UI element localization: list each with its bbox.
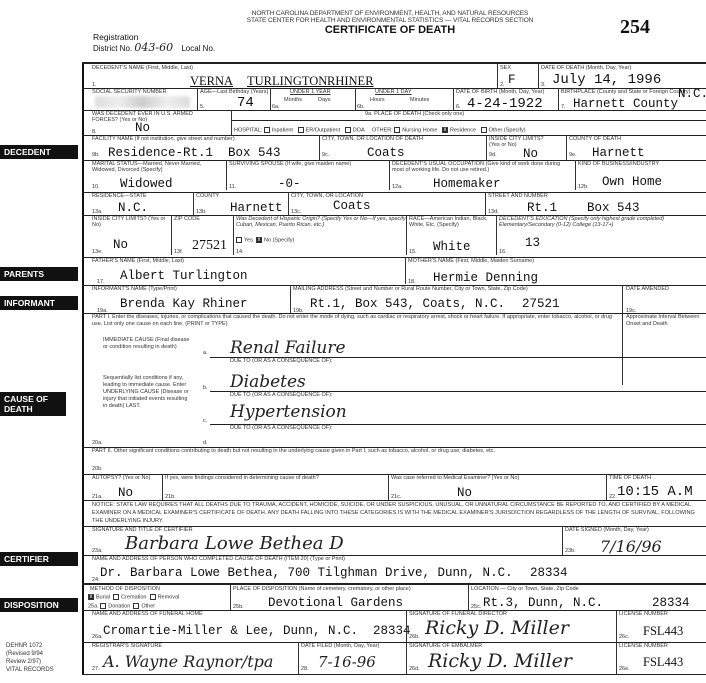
residence-state-label: RESIDENCE—STATE [92, 193, 147, 199]
residence-checkbox-checked[interactable]: x [442, 127, 448, 133]
certifier-signature: Barbara Lowe Bethea D [125, 533, 344, 554]
date-signed-value: 7/16/96 [600, 537, 662, 556]
education-value: 13 [525, 236, 540, 250]
divider [497, 64, 498, 88]
hispanic-origin-label: Was Decedent of Hispanic Origin? (Specif… [236, 216, 406, 228]
residence-state-value: N.C. [118, 201, 148, 215]
method-label: METHOD OF DISPOSITION [90, 586, 160, 592]
form-review: Review 2/97) [6, 658, 54, 666]
license-value: FSL443 [643, 624, 683, 639]
divider [290, 285, 291, 313]
residence-county-value: Harnett [230, 201, 283, 215]
doa-label: DOA [353, 127, 365, 133]
hospital-label: HOSPITAL: [234, 127, 262, 133]
findings-label: If yes, were findings considered in dete… [165, 475, 319, 481]
item-number: 20a. [92, 440, 103, 446]
hispanic-no-checkbox-checked[interactable]: x [256, 237, 262, 243]
section-parents: PARENTS [0, 267, 78, 281]
item-number: 9c. [322, 152, 329, 158]
hispanic-yes-label: Yes [244, 237, 253, 243]
item-number: 9b. [92, 152, 100, 158]
zip-value: 27521 [192, 238, 227, 254]
divider [82, 674, 706, 675]
date-of-death: July 14, 1996 [552, 72, 661, 88]
date-filed-label: DATE FILED (Month, Day, Year) [301, 643, 379, 649]
local-label: Local No. [181, 44, 215, 53]
residence-city-value: Coats [333, 199, 371, 213]
divider [453, 88, 454, 110]
section-informant: INFORMANT [0, 296, 78, 310]
part2-label: PART II. Other significant conditions co… [92, 448, 495, 455]
cause-c-underlying: Hypertension [230, 402, 347, 422]
item-number: 20b. [92, 466, 103, 472]
er-label: ER/Outpatient [306, 127, 341, 133]
divider [82, 642, 706, 643]
disposition-place-label: PLACE OF DISPOSITION (Name of cemetery, … [233, 586, 463, 592]
part1-instructions: PART I. Enter the diseases, injuries, or… [92, 314, 620, 328]
registrar-signature: A. Wayne Raynor/tpa [103, 652, 273, 671]
time-of-death-value: 10:15 A.M [617, 484, 693, 500]
inpatient-checkbox[interactable] [264, 127, 270, 133]
divider [298, 642, 299, 674]
marital-status-label: MARITAL STATUS—Married, Never Married, W… [92, 161, 222, 173]
zip-label: ZIP CODE [174, 216, 200, 222]
registrar-label: REGISTRAR'S SIGNATURE [92, 643, 162, 649]
divider [82, 192, 706, 193]
armed-forces-value: No [135, 121, 150, 135]
informant-name-label: INFORMANT'S NAME (Type/Print) [92, 286, 177, 292]
hispanic-options: Yes xNo (Specify) [236, 237, 294, 243]
facility-label: FACILITY NAME (If not institution, give … [92, 136, 235, 142]
divider [82, 583, 706, 585]
cause-line-letter: c. [203, 418, 207, 424]
other-specify-label: Other (Specify) [489, 127, 526, 133]
spouse-value: -0- [278, 177, 301, 191]
divider [197, 88, 198, 110]
cause-a-immediate: Renal Failure [230, 338, 346, 358]
disposition-location-value: Rt.3, Dunn, N.C. [483, 596, 603, 610]
divider [231, 110, 232, 135]
divider [538, 64, 539, 88]
medical-examiner-notice: NOTICE: STATE LAW REQUIRES THAT ALL DEAT… [92, 501, 704, 525]
item-number: 12a. [392, 184, 403, 190]
item-number: 23b. [565, 548, 576, 554]
divider [162, 474, 163, 500]
dob-label: DATE OF BIRTH (Month, Day, Year) [456, 89, 544, 95]
father-label: FATHER'S NAME (First, Middle, Last) [92, 258, 184, 264]
business-value: Own Home [602, 175, 662, 189]
section-cause-of-death: CAUSE OF DEATH [0, 392, 66, 416]
nursing-home-checkbox[interactable] [394, 127, 400, 133]
agency-line-2: STATE CENTER FOR HEALTH AND ENVIRONMENTA… [230, 17, 550, 24]
agency-line-1: NORTH CAROLINA DEPARTMENT OF ENVIRONMENT… [230, 10, 550, 17]
item-number: 13f. [174, 249, 183, 255]
donation-checkbox[interactable] [100, 603, 106, 609]
item-number: 27. [92, 666, 100, 672]
completed-by-zip: 28334 [530, 566, 568, 580]
other-label: OTHER: [372, 127, 393, 133]
er-outpatient-checkbox[interactable] [298, 127, 304, 133]
inside-city-value: No [523, 147, 538, 161]
district-row: District No. 043-60 Local No. [93, 41, 215, 54]
disposition-location-label: LOCATION — City or Town, State, Zip Code [471, 586, 579, 592]
form-footer: DEHNR 1072 (Revised 9/94 Review 2/97) VI… [6, 642, 54, 674]
decedent-first-name: VERNA [190, 74, 233, 89]
doa-checkbox[interactable] [345, 127, 351, 133]
completed-by-label: NAME AND ADDRESS OF PERSON WHO COMPLETED… [92, 556, 345, 562]
divider [388, 474, 389, 500]
city-of-death-label: CITY, TOWN, OR LOCATION OF DEATH [322, 136, 423, 142]
spouse-label: SURVIVING SPOUSE (If wife, give maiden n… [229, 161, 351, 167]
under-1-day-label: UNDER 1 DAY [375, 89, 412, 95]
divider [171, 215, 172, 255]
divider [486, 135, 487, 160]
informant-address-label: MAILING ADDRESS (Street and Number or Ru… [293, 286, 528, 292]
cause-line-letter: b. [203, 385, 208, 391]
license2-value: FSL443 [643, 655, 683, 670]
date-signed-label: DATE SIGNED (Month, Day, Year) [565, 527, 649, 533]
immediate-cause-label: IMMEDIATE CAUSE (Final disease or condit… [103, 337, 193, 351]
occupation-label: DECEDENT'S USUAL OCCUPATION (Give kind o… [392, 161, 572, 173]
donation-label: Donation [108, 603, 130, 609]
item-number: 28. [301, 666, 309, 672]
disposition-location-zip: 28334 [652, 596, 690, 610]
informant-name: Brenda Kay Rhiner [120, 297, 248, 311]
occupation-value: Homemaker [433, 177, 501, 191]
divider [468, 585, 469, 610]
race-label: RACE—American Indian, Black, White, Etc.… [409, 216, 494, 228]
divider [406, 215, 407, 255]
sex-label: SEX [500, 65, 511, 71]
cause-line-letter: a. [203, 350, 208, 356]
cremation-checkbox[interactable] [113, 594, 119, 600]
hours-label: Hours [370, 97, 385, 103]
divider [230, 585, 231, 610]
dod-label: DATE OF DEATH (Month, Day, Year) [541, 65, 631, 71]
certificate-number: 254 [620, 16, 650, 39]
sequential-conditions-label: Sequentially list conditions if any, lea… [103, 375, 193, 410]
divider [575, 160, 576, 190]
autopsy-value: No [118, 486, 133, 500]
removal-checkbox[interactable] [150, 594, 156, 600]
cremation-label: Cremation [121, 594, 146, 600]
license2-label: LICENSE NUMBER [619, 643, 668, 649]
cause-b: Diabetes [230, 372, 306, 392]
divider [226, 160, 227, 190]
form-dept: VITAL RECORDS [6, 666, 54, 674]
date-filed-value: 7-16-96 [318, 653, 376, 671]
mother-name: Hermie Denning [433, 271, 538, 285]
residence-label: Residence [450, 127, 476, 133]
other-specify-checkbox[interactable] [481, 127, 487, 133]
nursing-home-label: Nursing Home [402, 127, 437, 133]
hispanic-yes-checkbox[interactable] [236, 237, 242, 243]
form-id: DEHNR 1072 [6, 642, 54, 650]
certificate-title: CERTIFICATE OF DEATH [230, 24, 550, 36]
burial-checkbox-checked[interactable]: x [88, 594, 94, 600]
item-number: 12b. [578, 184, 589, 190]
residence-county-label: COUNTY [196, 193, 219, 199]
decedent-middle-name: TURLINGTON [247, 74, 327, 89]
referred-value: No [457, 486, 472, 500]
informant-zip: 27521 [522, 297, 560, 311]
disposition-place-value: Devotional Gardens [268, 596, 403, 610]
residence-inside-label: INSIDE CITY LIMITS? (Yes or No) [92, 216, 167, 228]
method-options-row2: 25a. Donation Other [88, 603, 155, 609]
days-label: Days [318, 97, 331, 103]
age-value: 74 [237, 95, 254, 111]
form-revised: (Revised 9/94 [6, 650, 54, 658]
section-certifier: CERTIFIER [0, 552, 78, 566]
divider [193, 192, 194, 215]
divider [562, 526, 563, 555]
divider [288, 192, 289, 215]
interval-label: Approximate Interval Between Onset and D… [626, 314, 704, 328]
inpatient-label: Inpatient [272, 127, 293, 133]
autopsy-label: AUTOPSY? (Yes or No) [92, 475, 150, 481]
sex-value: F [508, 73, 516, 87]
due-to-label: DUE TO (OR AS A CONSEQUENCE OF): [230, 392, 332, 399]
embalmer-signature: Ricky D. Miller [428, 650, 572, 672]
removal-label: Removal [158, 594, 180, 600]
divider [485, 192, 486, 215]
divider [405, 257, 406, 284]
divider [231, 120, 706, 121]
item-number: 26a. [92, 634, 103, 640]
business-label: KIND OF BUSINESS/INDUSTRY [578, 161, 659, 167]
race-value: White [433, 240, 471, 254]
item-number: 23a. [92, 548, 103, 554]
months-label: Months [284, 97, 302, 103]
divider [270, 88, 271, 110]
inside-city-label: INSIDE CITY LIMITS? (Yes or No) [489, 136, 554, 148]
street-value: Rt.1 Box 543 [527, 201, 640, 215]
district-label: District No. [93, 44, 132, 53]
decedent-last-name: RHINER [327, 74, 374, 89]
birthplace-value: Harnett County [573, 97, 678, 111]
item-number: 10. [92, 184, 100, 190]
name-label: DECEDENT'S NAME (First, Middle, Last) [92, 65, 193, 71]
age-label: AGE—Last Birthday (Years) [200, 89, 268, 95]
place-of-death-options: HOSPITAL: Inpatient ER/Outpatient DOA OT… [234, 127, 526, 133]
birthplace-label: BIRTHPLACE (County and State or Foreign … [561, 89, 691, 95]
county-of-death-value: Harnett [592, 146, 645, 160]
item-number: 26b. [409, 634, 420, 640]
residence-inside-value: No [113, 238, 128, 252]
divider [496, 215, 497, 255]
ssn-label: SOCIAL SECURITY NUMBER [92, 89, 167, 95]
due-to-label: DUE TO (OR AS A CONSEQUENCE OF): [230, 358, 332, 365]
referred-label: Was case referred to Medical Examiner? (… [391, 475, 519, 481]
form-top-border [82, 62, 706, 64]
city-of-death-value: Coats [367, 146, 405, 160]
divider [566, 135, 567, 160]
item-number: 14. [236, 249, 244, 255]
hispanic-no-label: No (Specify) [264, 237, 294, 243]
mother-label: MOTHER'S NAME (First, Middle, Maiden Sur… [408, 258, 534, 264]
cause-line-letter: d. [203, 440, 208, 446]
due-to-label: DUE TO (OR AS A CONSEQUENCE OF): [230, 425, 332, 432]
completed-by-value: Dr. Barbara Lowe Bethea, 700 Tilghman Dr… [100, 566, 513, 580]
other-method-label: Other [141, 603, 155, 609]
under-1-year-label: UNDER 1 YEAR [290, 89, 331, 95]
place-of-death-label: 9a. PLACE OF DEATH (Check only one) [365, 111, 464, 117]
minutes-label: Minutes [410, 97, 429, 103]
divider [233, 215, 234, 255]
education-label: DECEDENT'S EDUCATION (Specify only highe… [499, 216, 704, 228]
divider [319, 135, 320, 160]
divider [558, 88, 559, 110]
item-number: 9d. [489, 152, 497, 158]
funeral-home-label: NAME AND ADDRESS OF FUNERAL HOME [92, 611, 203, 617]
informant-address: Rt.1, Box 543, Coats, N.C. [310, 297, 505, 311]
funeral-director-signature: Ricky D. Miller [425, 617, 569, 639]
facility-value: Residence-Rt.1 Box 543 [108, 146, 281, 160]
county-of-death-label: COUNTY OF DEATH [569, 136, 621, 142]
marital-status-value: Widowed [120, 177, 173, 191]
item-number: 26d. [409, 666, 420, 672]
item-number: 15. [409, 249, 417, 255]
method-options-row1: xBurial Cremation Removal [88, 594, 179, 600]
item-number: 11. [229, 184, 236, 190]
divider [355, 88, 356, 110]
time-of-death-label: TIME OF DEATH [609, 475, 651, 481]
license-label: LICENSE NUMBER [619, 611, 668, 617]
divider [622, 285, 623, 385]
item-number: 26c. [619, 634, 629, 640]
street-label: STREET AND NUMBER [488, 193, 548, 199]
section-disposition: DISPOSITION [0, 598, 78, 612]
item-number: 16. [499, 249, 507, 255]
other-checkbox[interactable] [133, 603, 139, 609]
father-name: Albert Turlington [120, 269, 248, 283]
date-amended-label: DATE AMENDED [626, 286, 669, 292]
item-number: 26e. [619, 666, 630, 672]
ssn-redacted [95, 96, 190, 108]
burial-label: Burial [96, 594, 110, 600]
funeral-home-value: Cromartie-Miller & Lee, Dunn, N.C. 28334 [103, 624, 411, 638]
item-number: 25a. [88, 603, 99, 609]
divider [606, 474, 607, 500]
birthplace-state: N.C. [678, 87, 706, 101]
item-number: 9e. [569, 152, 577, 158]
item-number: 13e. [92, 249, 103, 255]
section-decedent: DECEDENT [0, 145, 78, 159]
district-value: 043-60 [134, 41, 173, 54]
embalmer-label: SIGNATURE OF EMBALMER [409, 643, 482, 649]
divider [389, 160, 390, 190]
